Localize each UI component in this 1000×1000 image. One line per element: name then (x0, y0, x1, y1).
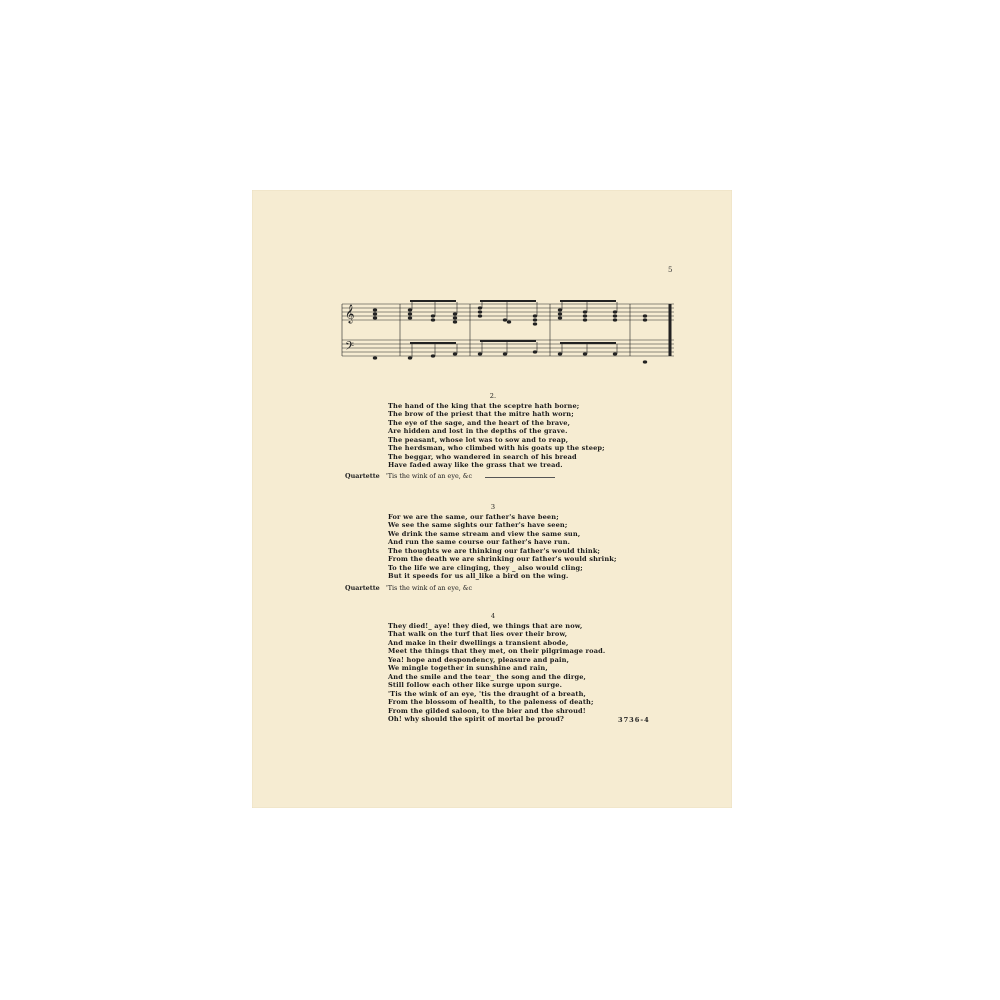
verse-line: They died!_ aye! they died, we things th… (388, 622, 605, 631)
verse-line: The peasant, whose lot was to sow and to… (388, 436, 605, 445)
verse-line: Meet the things that they met, on their … (388, 647, 605, 656)
verse-line: But it speeds for us all_like a bird on … (388, 572, 617, 581)
verse-number: 4 (388, 612, 598, 621)
bass-clef-icon: 𝄢 (345, 340, 354, 356)
verse-line: From the gilded saloon, to the bier and … (388, 707, 605, 716)
verse-line: Oh! why should the spirit of mortal be p… (388, 715, 605, 724)
verse-line: We see the same sights our father's have… (388, 521, 617, 530)
verse-line: For we are the same, our father's have b… (388, 513, 617, 522)
verse-number: 3 (388, 503, 598, 512)
verse-line: The beggar, who wandered in search of hi… (388, 453, 605, 462)
verse-line: From the blossom of health, to the palen… (388, 698, 605, 707)
quartette-refrain-2: Quartette 'Tis the wink of an eye, &c (345, 472, 472, 480)
verse-number: 2. (388, 392, 598, 401)
verse-line: The herdsman, who climbed with his goats… (388, 444, 605, 453)
verse-line: And run the same course our father's hav… (388, 538, 617, 547)
ink-smudge (485, 477, 555, 478)
verse-line: We drink the same stream and view the sa… (388, 530, 617, 539)
page-number: 5 (668, 266, 672, 274)
verse-line: And the smile and the tear_ the song and… (388, 673, 605, 682)
verse-line: Still follow each other like surge upon … (388, 681, 605, 690)
verse-3: 3 For we are the same, our father's have… (388, 503, 617, 581)
refrain-text: 'Tis the wink of an eye, &c (386, 584, 472, 592)
refrain-text: 'Tis the wink of an eye, &c (386, 472, 472, 480)
verse-line: That walk on the turf that lies over the… (388, 630, 605, 639)
verse-line: Are hidden and lost in the depths of the… (388, 427, 605, 436)
verse-line: Have faded away like the grass that we t… (388, 461, 605, 470)
plate-number: 3736-4 (618, 716, 650, 724)
verse-line: We mingle together in sunshine and rain, (388, 664, 605, 673)
verse-line: To the life we are clinging, they _ also… (388, 564, 617, 573)
verse-line: 'Tis the wink of an eye, 'tis the draugh… (388, 690, 605, 699)
verse-line: Yea! hope and despondency, pleasure and … (388, 656, 605, 665)
quartette-refrain-3: Quartette 'Tis the wink of an eye, &c (345, 584, 472, 592)
verse-line: And make in their dwellings a transient … (388, 639, 605, 648)
verse-line: The eye of the sage, and the heart of th… (388, 419, 605, 428)
verse-4: 4 They died!_ aye! they died, we things … (388, 612, 605, 724)
verse-line: From the death we are shrinking our fath… (388, 555, 617, 564)
verse-line: The hand of the king that the sceptre ha… (388, 402, 605, 411)
verse-line: The brow of the priest that the mitre ha… (388, 410, 605, 419)
verse-2: 2. The hand of the king that the sceptre… (388, 392, 605, 470)
quartette-label: Quartette (345, 472, 380, 480)
verse-line: The thoughts we are thinking our father'… (388, 547, 617, 556)
treble-clef-icon: 𝄞 (345, 304, 354, 324)
quartette-label: Quartette (345, 584, 380, 592)
music-staff-system: 𝄞 𝄢 (340, 290, 680, 370)
